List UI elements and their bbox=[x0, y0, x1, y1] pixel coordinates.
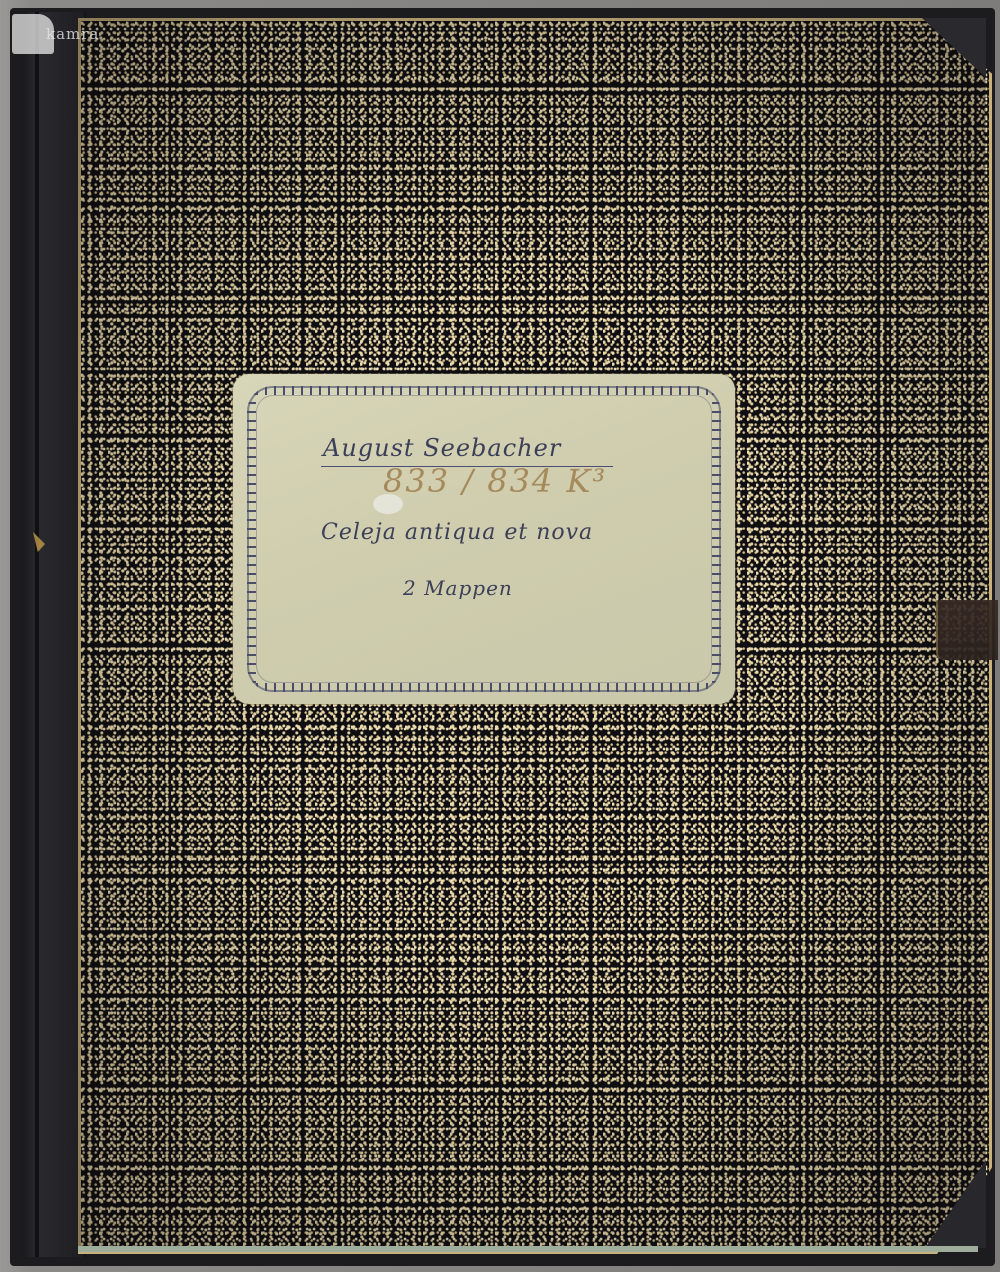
spine-fold bbox=[35, 12, 39, 1257]
cloth-clasp bbox=[936, 600, 998, 660]
watermark: kamra bbox=[12, 14, 99, 54]
label-folder-count: 2 Mappen bbox=[403, 576, 513, 600]
label-name: August Seebacher bbox=[323, 434, 561, 462]
cover-label: August Seebacher 833 / 834 K³ Celeja ant… bbox=[233, 374, 735, 704]
notebook-spine bbox=[22, 12, 86, 1257]
label-title: Celeja antiqua et nova bbox=[321, 520, 593, 545]
label-catalog-number: 833 / 834 K³ bbox=[383, 462, 607, 500]
page-edge bbox=[78, 1246, 978, 1252]
watermark-text: kamra bbox=[46, 25, 99, 43]
